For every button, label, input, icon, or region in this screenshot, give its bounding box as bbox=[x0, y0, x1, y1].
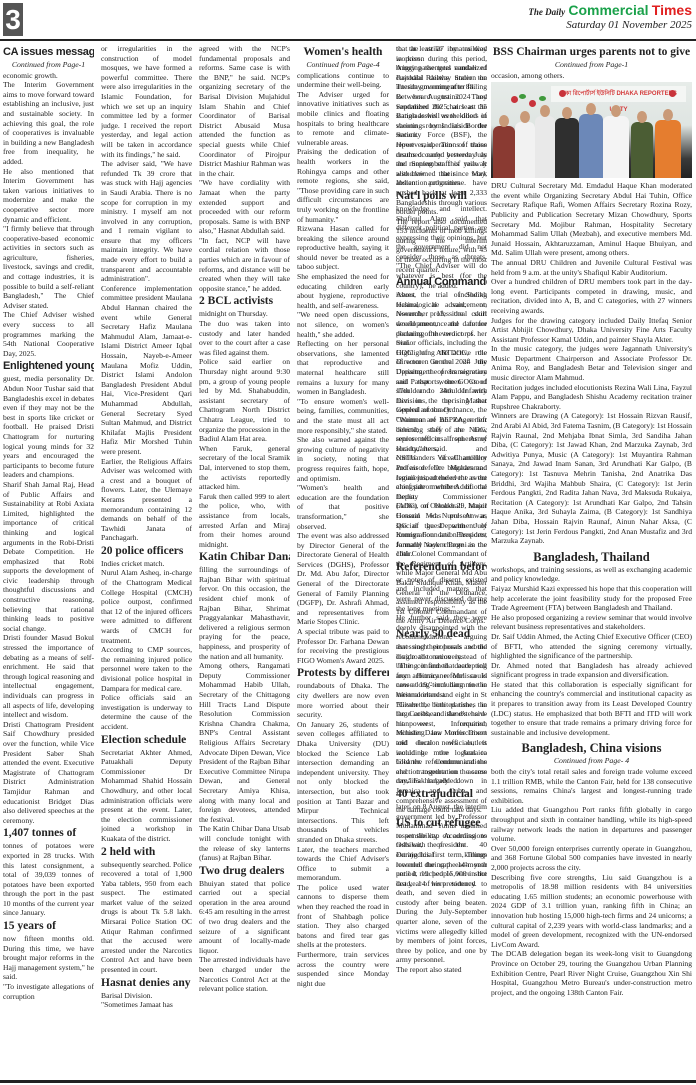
article-headline: Protests by different bbox=[297, 667, 389, 680]
article-headline: 2 held with bbox=[101, 846, 192, 859]
article-paragraph: Earlier, on October 29, Major General Md… bbox=[396, 501, 487, 626]
column-6: that at least 27 inmates died in prison … bbox=[396, 44, 487, 1078]
article-paragraph: Liu added that Guangzhou Port ranks fift… bbox=[491, 805, 692, 843]
article-paragraph: He also mentioned that Interim Governmen… bbox=[3, 167, 94, 225]
balloon-icon bbox=[511, 96, 518, 103]
article-headline: Hasnat denies any bbox=[101, 977, 192, 990]
article-paragraph: The police used water cannons to dispers… bbox=[297, 883, 389, 950]
article-paragraph: roundabouts of Dhaka. The city dwellers … bbox=[297, 681, 389, 719]
column-1: CA issues messageContinued from Page-1ec… bbox=[3, 44, 94, 1078]
person bbox=[555, 118, 579, 178]
article-paragraph: He also proposed organizing a review sem… bbox=[491, 613, 692, 632]
article-paragraph: Dristi Chattogram President Saif Chowdhu… bbox=[3, 720, 94, 826]
article-paragraph: "We need open discussions, not silence, … bbox=[297, 310, 389, 339]
article-paragraph: "To ensure women's well-being, families,… bbox=[297, 397, 389, 435]
article-headline: Women's health bbox=[297, 46, 389, 59]
article-paragraph: agreed with the NCP's fundamental propos… bbox=[199, 44, 290, 178]
person bbox=[603, 116, 629, 178]
article-paragraph: "Women's health and education are the fo… bbox=[297, 483, 389, 531]
continued-from: Continued from Page-1 bbox=[3, 60, 94, 70]
article-headline: Election schedule bbox=[101, 734, 192, 747]
person bbox=[493, 126, 515, 178]
article-paragraph: Winners are Drawing (A Category): 1st Ho… bbox=[491, 411, 692, 545]
article-paragraph: Indies cricket match. bbox=[101, 559, 192, 569]
photo-banner: ঢাকা রিপোর্টার্স ইউনিটি DHAKA REPORTERS … bbox=[551, 86, 686, 102]
article-paragraph: tonnes of potatoes were exported in 28 t… bbox=[3, 841, 94, 918]
person bbox=[579, 114, 603, 178]
article-paragraph: complications continue to undermine thei… bbox=[297, 71, 389, 90]
continued-from: Continued from Page-4 bbox=[297, 60, 389, 70]
page-number: 3 bbox=[3, 3, 23, 36]
article-paragraph: Faiyaz Murshid Kazi expressed his hope t… bbox=[491, 584, 692, 613]
article-paragraph: Dr. Ahmed noted that Bangladesh has alre… bbox=[491, 661, 692, 680]
wide-column: BSS Chairman urges parents not to give C… bbox=[491, 44, 692, 1078]
article-paragraph: Praising the dedication of health worker… bbox=[297, 147, 389, 224]
paper-name-times: Times bbox=[652, 2, 692, 18]
article-paragraph: now fifteen months old. During this time… bbox=[3, 934, 94, 982]
article-paragraph: workshops, and training sessions, as wel… bbox=[491, 565, 692, 584]
article-paragraph: Secretariat Akhter Ahmed, Patuakhali Dep… bbox=[101, 748, 192, 844]
article-paragraph: A special tribute was paid to Professor … bbox=[297, 627, 389, 665]
article-headline: Annual Commanders' bbox=[396, 276, 487, 289]
column-2: or irregularities in the construction of… bbox=[101, 44, 192, 1078]
article-paragraph: midnight on Thursday. bbox=[199, 309, 290, 319]
article-paragraph: Police officials said an investigation i… bbox=[101, 693, 192, 731]
article-paragraph: When Faruk, general secretary of the loc… bbox=[199, 444, 290, 492]
china-headline: Bangladesh, China visions bbox=[491, 742, 692, 755]
bss-headline: BSS Chairman urges parents not to give bbox=[491, 46, 692, 59]
article-paragraph: filling the surroundings of Rajban Bihar… bbox=[199, 565, 290, 661]
article-headline: 20 police officers bbox=[101, 545, 192, 558]
article-paragraph: Earlier, the Religious Affairs Adviser w… bbox=[101, 457, 192, 543]
article-paragraph: guest, media personality Dr. Abdun Noor … bbox=[3, 374, 94, 480]
paper-name: The Daily Commercial Times bbox=[528, 2, 692, 19]
person bbox=[515, 122, 535, 178]
article-paragraph: Reflecting on her personal observations,… bbox=[297, 339, 389, 397]
top-rule bbox=[0, 39, 696, 41]
article-paragraph: Conference implementation committee pres… bbox=[101, 284, 192, 457]
article-paragraph: Faruk then called 999 to alert the polic… bbox=[199, 492, 290, 550]
article-paragraph: Later, the teachers marched towards the … bbox=[297, 845, 389, 883]
article-paragraph: Rizwana Hasan called for breaking the si… bbox=[297, 224, 389, 272]
article-paragraph: She also warned against the growing cult… bbox=[297, 435, 389, 483]
article-paragraph: In the music category, the judges were J… bbox=[491, 344, 692, 382]
article-paragraph: or irregularities in the construction of… bbox=[101, 44, 192, 159]
masthead: 3 The Daily Commercial Times Saturday 01… bbox=[0, 0, 696, 40]
article-paragraph: The Katin Chibar Dana Utsab will conclud… bbox=[199, 824, 290, 862]
article-paragraph: Police said earlier on Thursday night ar… bbox=[199, 357, 290, 443]
article-paragraph: Dr. Saif Uddin Ahmed, the Acting Chief E… bbox=[491, 632, 692, 661]
article-paragraph: During his first term, Trump lowered the… bbox=[396, 850, 487, 888]
article-paragraph: to set the cap on admissions rests with … bbox=[396, 831, 487, 850]
thailand-body: workshops, and training sessions, as wel… bbox=[491, 565, 692, 738]
article-paragraph: The Adviser urged for innovative initiat… bbox=[297, 90, 389, 148]
article-paragraph: Dristi founder Masud Bokul stressed the … bbox=[3, 633, 94, 719]
bss-lead: occasion, among others. bbox=[491, 71, 692, 81]
article-paragraph: The duo was taken into custody and later… bbox=[199, 319, 290, 357]
article-paragraph: Sharif Shah Jamal Raj, Head of Public Af… bbox=[3, 480, 94, 634]
thailand-headline: Bangladesh, Thailand bbox=[491, 551, 692, 564]
person bbox=[655, 120, 681, 178]
article-paragraph: assessing their losses and the long road… bbox=[396, 642, 487, 661]
china-continued: Continued from Page- 4 bbox=[491, 756, 692, 766]
article-paragraph: He stated that this collaboration is esp… bbox=[491, 680, 692, 738]
article-headline: 2 BCL activists bbox=[199, 295, 290, 308]
article-headline: Nearly 50 dead bbox=[396, 628, 487, 641]
article-headline: US to cut refugee bbox=[396, 817, 487, 830]
article-paragraph: Nurul Alam Asheq, in-charge of the Chatt… bbox=[101, 568, 192, 645]
leaf-icon bbox=[539, 96, 546, 101]
article-paragraph: The event was also addressed by Director… bbox=[297, 531, 389, 627]
article-paragraph: "In fact, NCP will have cordial relation… bbox=[199, 236, 290, 294]
article-paragraph: "To investigate allegations of corruptio… bbox=[3, 982, 94, 1001]
bss-continued: Continued from Page-1 bbox=[491, 60, 692, 70]
article-paragraph: The adviser said, "We have refunded Tk 3… bbox=[101, 159, 192, 284]
event-photo: ঢাকা রিপোর্টার্স ইউনিটি DHAKA REPORTERS … bbox=[491, 82, 692, 178]
article-paragraph: She emphasized the need for educating ch… bbox=[297, 272, 389, 310]
article-paragraph: Between August 2024 and September 2025, … bbox=[396, 92, 487, 217]
china-body: both the city's total retail sales and f… bbox=[491, 767, 692, 997]
article-headline: Katin Chibar Dana bbox=[199, 551, 290, 564]
leaf-icon bbox=[519, 94, 526, 99]
article-headline: 15 years of bbox=[3, 920, 94, 933]
article-paragraph: DRU Cultural Secretary Md. Emdadul Haque… bbox=[491, 181, 692, 258]
article-paragraph: Recitation judges included elocutionists… bbox=[491, 383, 692, 412]
issue-date: Saturday 01 November 2025 bbox=[566, 19, 692, 31]
article-paragraph: Furthermore, train services across the c… bbox=[297, 950, 389, 988]
balloon-icon bbox=[529, 100, 536, 107]
column-4: Women's healthContinued from Page-4compl… bbox=[297, 44, 389, 1078]
article-paragraph: that at least 27 inmates died in prison … bbox=[396, 44, 487, 92]
article-paragraph: Senior officials, including the GOC of A… bbox=[396, 338, 487, 501]
article-paragraph: The DCAB delegation began its week-long … bbox=[491, 949, 692, 997]
article-paragraph: both the city's total retail sales and f… bbox=[491, 767, 692, 805]
article-paragraph: Among others, Rangamati Deputy Commissio… bbox=[199, 661, 290, 824]
article-paragraph: Judges for the drawing category included… bbox=[491, 316, 692, 345]
article-headline: 1,407 tonnes of bbox=[3, 827, 94, 840]
article-paragraph: "I firmly believe that through cooperati… bbox=[3, 224, 94, 310]
column-3: agreed with the NCP's fundamental propos… bbox=[199, 44, 290, 1078]
article-paragraph: Over a hundred children of DRU members t… bbox=[491, 277, 692, 315]
article-paragraph: "Sometimes Jamaat has bbox=[101, 1000, 192, 1010]
article-paragraph: The report also documented 153 incidents… bbox=[396, 217, 487, 275]
article-paragraph: Describing five core strengths, Liu said… bbox=[491, 873, 692, 950]
person bbox=[535, 116, 555, 178]
article-paragraph: issues, including technological advancem… bbox=[396, 290, 487, 338]
bss-body: DRU Cultural Secretary Md. Emdadul Haque… bbox=[491, 181, 692, 546]
article-headline: Two drug dealers bbox=[199, 865, 290, 878]
article-paragraph: Barisal Division. bbox=[101, 991, 192, 1001]
person bbox=[631, 122, 653, 178]
article-paragraph: On January 26, students of seven college… bbox=[297, 720, 389, 845]
article-paragraph: "We have cordiality with Jamaat when the… bbox=[199, 178, 290, 236]
article-headline: Enlightened young bbox=[3, 360, 94, 373]
article-paragraph: According to CMP sources, the remaining … bbox=[101, 645, 192, 693]
article-paragraph: The annual DRU Children and Juvenile Cul… bbox=[491, 258, 692, 277]
article-paragraph: The arrested individuals have been charg… bbox=[199, 955, 290, 993]
article-paragraph: The Interim Government aims to move forw… bbox=[3, 80, 94, 166]
bottom-rule bbox=[0, 1080, 696, 1083]
article-paragraph: The Chief Adviser wished every success t… bbox=[3, 310, 94, 358]
paper-name-prefix: The Daily bbox=[528, 7, 565, 17]
article-paragraph: "The confirmed death toll from Hurricane… bbox=[396, 661, 487, 815]
article-paragraph: Bhuiyan stated that police carried out a… bbox=[199, 879, 290, 956]
article-headline: CA issues message bbox=[3, 46, 94, 59]
article-paragraph: subsequently searched. Police recovered … bbox=[101, 860, 192, 975]
article-paragraph: Over 50,000 foreign enterprises currentl… bbox=[491, 844, 692, 873]
paper-name-commercial: Commercial bbox=[568, 2, 648, 18]
article-paragraph: economic growth. bbox=[3, 71, 94, 81]
